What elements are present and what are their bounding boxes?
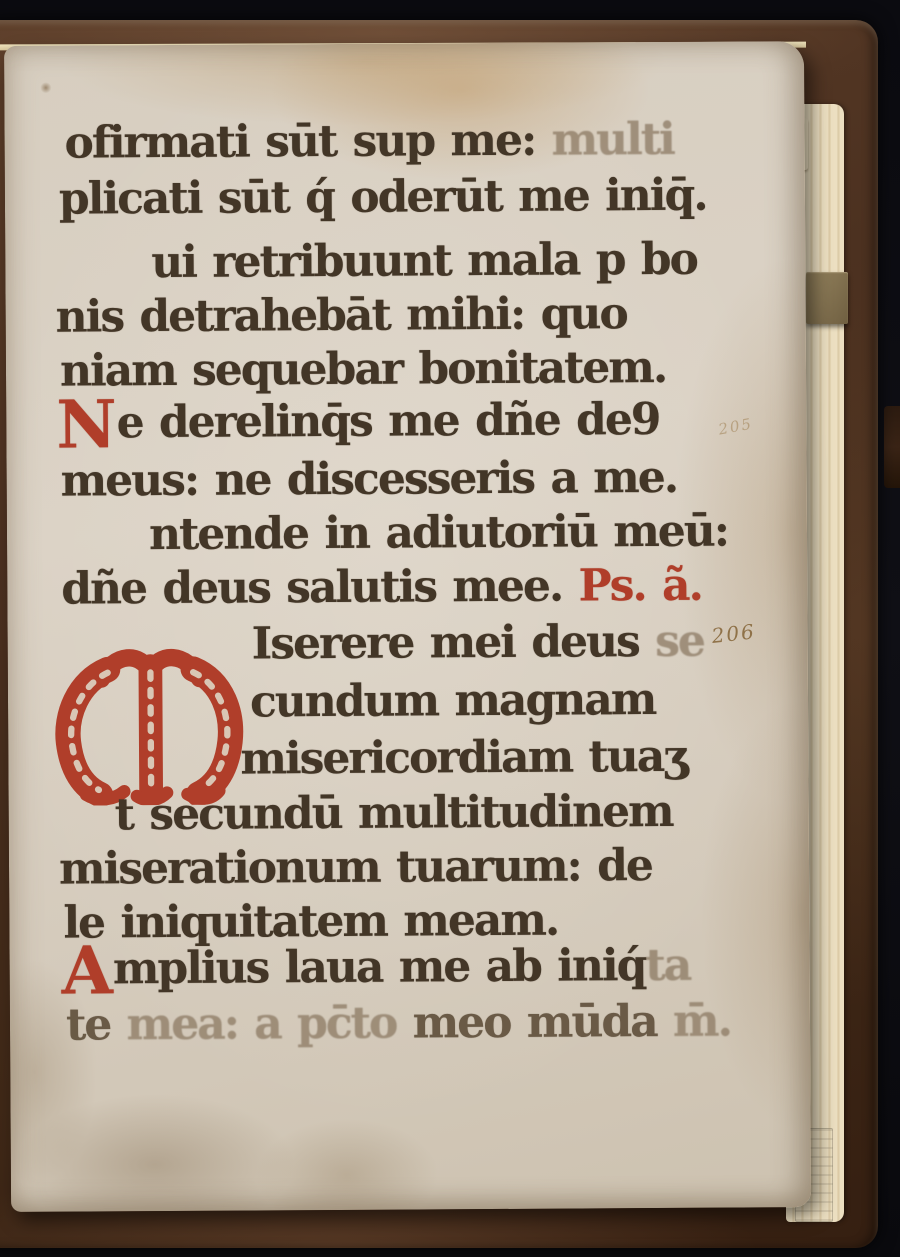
rubric-text: Ps. ã.: [578, 560, 702, 612]
folio-number-faint: 205: [717, 415, 754, 439]
text-line: meus: ne discesseris a me.: [61, 456, 678, 504]
text-segment: t secundū multitudinem: [115, 786, 673, 840]
manuscript-page: 205 206 ofirmati sūt sup me: multi plic: [4, 41, 811, 1212]
text-segment: plicati sūt q́ oderūt me iniq̄.: [59, 170, 707, 225]
text-line: nis detrahebāt mihi: quo: [56, 292, 627, 339]
text-line: ui retribuunt mala p bo: [151, 238, 697, 285]
illuminated-initial-M: [54, 641, 245, 806]
text-segment: te: [66, 999, 127, 1050]
text-line: t secundū multitudinem: [115, 790, 673, 837]
text-segment: ta: [645, 940, 690, 991]
rubric-initial: A: [61, 931, 113, 1009]
leather-bookmark-tab: [806, 272, 848, 324]
text-segment: miserationum tuarum: de: [59, 840, 652, 895]
text-line: plicati sūt q́ oderūt me iniq̄.: [59, 174, 707, 222]
text-segment: misericordiam tuaʒ: [240, 731, 686, 785]
text-segment: niam sequebar bonitatem.: [60, 342, 667, 397]
text-segment: mplius laua me ab iniq́: [113, 940, 646, 994]
text-segment: e derelinq̄s me dñe de9: [116, 394, 659, 448]
text-line: Ne derelinq̄s me dñe de9: [56, 398, 659, 446]
text-segment: multi: [535, 114, 674, 166]
text-segment: mea: a pc̄to: [126, 998, 412, 1051]
text-segment: se: [639, 616, 704, 667]
text-segment: meo mūda: [412, 996, 656, 1048]
text-segment: ofirmati sūt sup me:: [64, 115, 535, 169]
text-line: cundum magnam: [250, 678, 656, 724]
text-segment: ui retribuunt mala p bo: [151, 234, 697, 288]
text-line: te mea: a pc̄to meo mūda m̄.: [66, 1000, 731, 1048]
text-line: ofirmati sūt sup me: multi: [64, 118, 674, 166]
text-line: ntende in adiutoriū meū:: [149, 510, 728, 558]
text-segment: dñe deus salutis mee.: [61, 561, 579, 615]
text-line: niam sequebar bonitatem.: [60, 346, 666, 394]
text-line: dñe deus salutis mee. Ps. ã.: [61, 564, 702, 612]
text-line: le iniquitatem meam.: [63, 899, 558, 946]
text-line: misericordiam tuaʒ: [240, 735, 686, 782]
manuscript-photo: 205 206 ofirmati sūt sup me: multi plic: [0, 0, 900, 1257]
text-segment: nis detrahebāt mihi: quo: [56, 288, 627, 342]
text-line: Amplius laua me ab iniq́ta: [62, 944, 691, 992]
text-segment: m̄.: [657, 996, 732, 1047]
background-book-edge: [884, 406, 900, 488]
text-line: miserationum tuarum: de: [59, 844, 652, 892]
folio-number: 206: [710, 619, 757, 648]
text-segment: meus: ne discesseris a me.: [61, 452, 678, 507]
text-segment: cundum magnam: [250, 674, 656, 727]
rubric-initial: N: [56, 385, 117, 463]
text-line: Iserere mei deus se: [252, 620, 704, 667]
text-segment: Iserere mei deus: [252, 616, 639, 669]
text-segment: ntende in adiutoriū meū:: [149, 506, 728, 561]
